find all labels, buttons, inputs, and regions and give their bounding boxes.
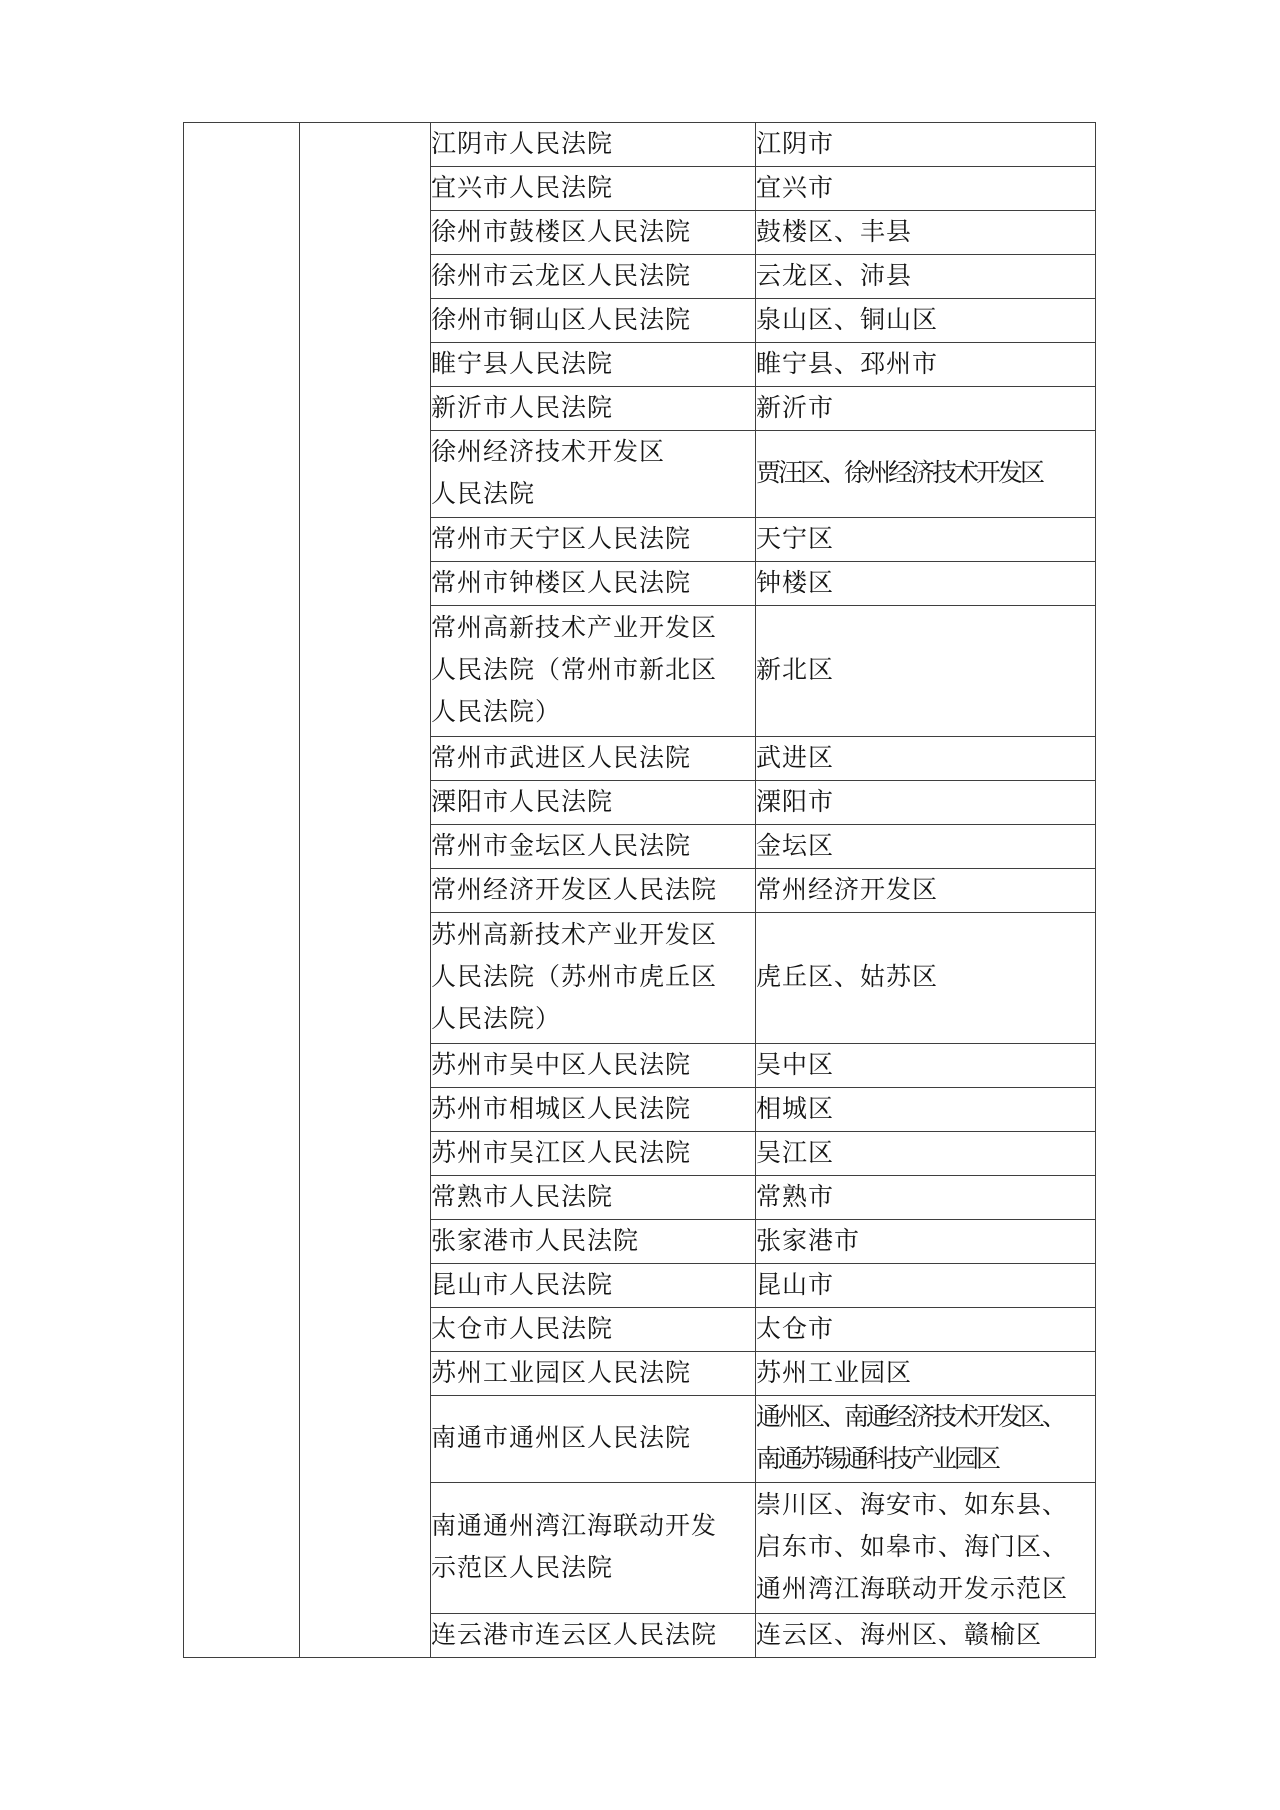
jurisdiction-cell: 通州区、南通经济技术开发区、 南通苏锡通科技产业园区 (756, 1396, 1096, 1483)
jurisdiction-cell: 武进区 (756, 737, 1096, 781)
court-name-cell: 常熟市人民法院 (431, 1176, 756, 1220)
jurisdiction-cell: 钟楼区 (756, 562, 1096, 606)
court-jurisdiction-table: 江阴市人民法院 江阴市 宜兴市人民法院 宜兴市 徐州市鼓楼区人民法院 鼓楼区、丰… (183, 122, 1096, 1658)
jurisdiction-cell: 泉山区、铜山区 (756, 299, 1096, 343)
jurisdiction-cell: 贾汪区、徐州经济技术开发区 (756, 431, 1096, 518)
jurisdiction-cell: 太仓市 (756, 1308, 1096, 1352)
jurisdiction-cell: 吴中区 (756, 1044, 1096, 1088)
document-page: 江阴市人民法院 江阴市 宜兴市人民法院 宜兴市 徐州市鼓楼区人民法院 鼓楼区、丰… (0, 0, 1280, 1810)
court-name-cell: 苏州市吴中区人民法院 (431, 1044, 756, 1088)
jurisdiction-cell: 新北区 (756, 606, 1096, 737)
jurisdiction-cell: 鼓楼区、丰县 (756, 211, 1096, 255)
jurisdiction-cell: 连云区、海州区、赣榆区 (756, 1614, 1096, 1658)
court-name-cell: 苏州市相城区人民法院 (431, 1088, 756, 1132)
court-name-cell: 常州市武进区人民法院 (431, 737, 756, 781)
jurisdiction-cell: 常熟市 (756, 1176, 1096, 1220)
jurisdiction-cell: 张家港市 (756, 1220, 1096, 1264)
jurisdiction-cell: 崇川区、海安市、如东县、 启东市、如皋市、海门区、 通州湾江海联动开发示范区 (756, 1483, 1096, 1614)
court-name-cell: 张家港市人民法院 (431, 1220, 756, 1264)
court-name-cell: 苏州市吴江区人民法院 (431, 1132, 756, 1176)
jurisdiction-cell: 天宁区 (756, 518, 1096, 562)
court-name-cell: 宜兴市人民法院 (431, 167, 756, 211)
court-name-cell: 徐州经济技术开发区 人民法院 (431, 431, 756, 518)
jurisdiction-cell: 宜兴市 (756, 167, 1096, 211)
court-name-cell: 苏州高新技术产业开发区 人民法院（苏州市虎丘区 人民法院） (431, 913, 756, 1044)
table-row: 江阴市人民法院 江阴市 (184, 123, 1096, 167)
court-name-cell: 睢宁县人民法院 (431, 343, 756, 387)
court-name-cell: 南通通州湾江海联动开发 示范区人民法院 (431, 1483, 756, 1614)
jurisdiction-cell: 虎丘区、姑苏区 (756, 913, 1096, 1044)
court-name-cell: 太仓市人民法院 (431, 1308, 756, 1352)
court-name-cell: 新沂市人民法院 (431, 387, 756, 431)
court-name-cell: 江阴市人民法院 (431, 123, 756, 167)
court-name-cell: 苏州工业园区人民法院 (431, 1352, 756, 1396)
jurisdiction-cell: 江阴市 (756, 123, 1096, 167)
jurisdiction-cell: 溧阳市 (756, 781, 1096, 825)
court-name-cell: 常州市钟楼区人民法院 (431, 562, 756, 606)
court-table-body: 江阴市人民法院 江阴市 宜兴市人民法院 宜兴市 徐州市鼓楼区人民法院 鼓楼区、丰… (184, 123, 1096, 1658)
court-name-cell: 徐州市云龙区人民法院 (431, 255, 756, 299)
jurisdiction-cell: 吴江区 (756, 1132, 1096, 1176)
jurisdiction-cell: 云龙区、沛县 (756, 255, 1096, 299)
court-name-cell: 常州市金坛区人民法院 (431, 825, 756, 869)
jurisdiction-cell: 金坛区 (756, 825, 1096, 869)
court-name-cell: 徐州市鼓楼区人民法院 (431, 211, 756, 255)
jurisdiction-cell: 常州经济开发区 (756, 869, 1096, 913)
jurisdiction-cell: 苏州工业园区 (756, 1352, 1096, 1396)
jurisdiction-cell: 相城区 (756, 1088, 1096, 1132)
court-name-cell: 常州高新技术产业开发区 人民法院（常州市新北区 人民法院） (431, 606, 756, 737)
court-name-cell: 连云港市连云区人民法院 (431, 1614, 756, 1658)
court-name-cell: 溧阳市人民法院 (431, 781, 756, 825)
court-name-cell: 昆山市人民法院 (431, 1264, 756, 1308)
court-name-cell: 常州市天宁区人民法院 (431, 518, 756, 562)
left-spanning-cell-2 (300, 123, 431, 1658)
court-name-cell: 徐州市铜山区人民法院 (431, 299, 756, 343)
jurisdiction-cell: 新沂市 (756, 387, 1096, 431)
left-spanning-cell-1 (184, 123, 300, 1658)
jurisdiction-cell: 昆山市 (756, 1264, 1096, 1308)
court-name-cell: 南通市通州区人民法院 (431, 1396, 756, 1483)
jurisdiction-cell: 睢宁县、邳州市 (756, 343, 1096, 387)
court-name-cell: 常州经济开发区人民法院 (431, 869, 756, 913)
